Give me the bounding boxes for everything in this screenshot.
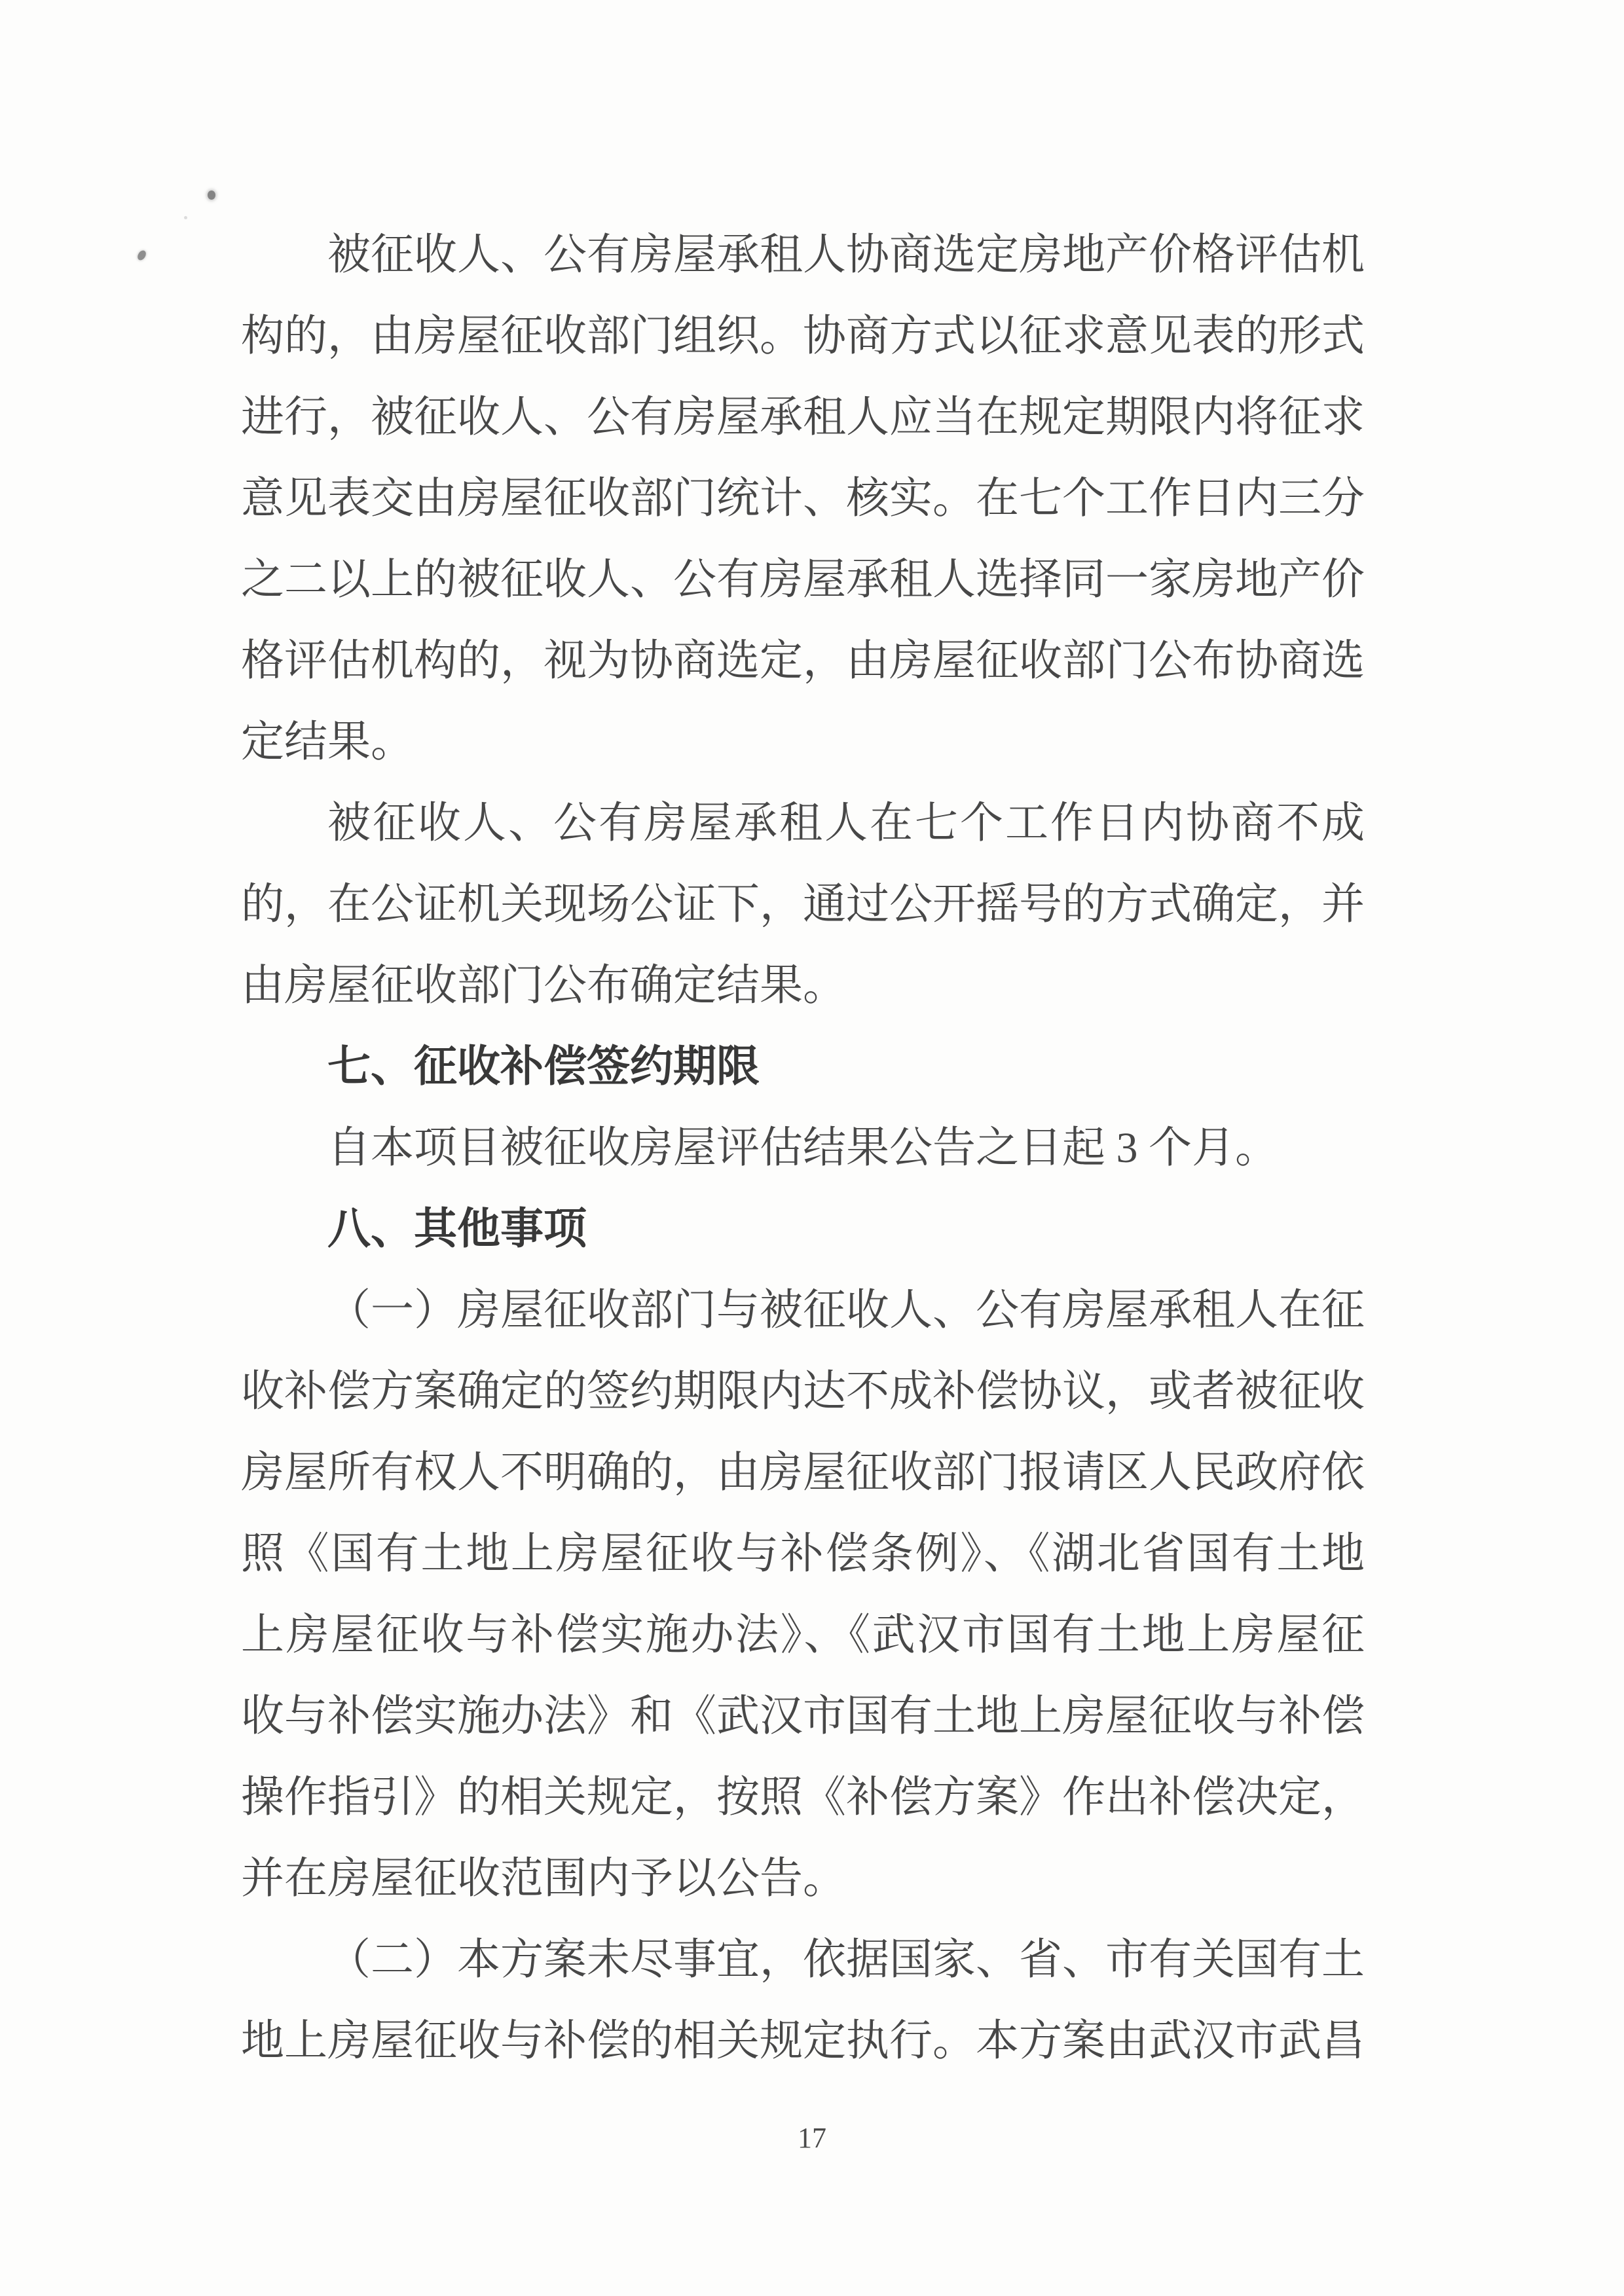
text-line: 并在房屋征收范围内予以公告。 — [241, 1838, 1365, 1920]
text-line: 照《国有土地上房屋征收与补偿条例》、《湖北省国有土地 — [241, 1514, 1365, 1595]
text-line: 格评估机构的，视为协商选定，由房屋征收部门公布协商选 — [241, 621, 1365, 702]
text-line: 进行，被征收人、公有房屋承租人应当在规定期限内将征求 — [241, 377, 1365, 458]
text-line: 之二以上的被征收人、公有房屋承租人选择同一家房地产价 — [241, 539, 1365, 621]
text-line: 意见表交由房屋征收部门统计、核实。在七个工作日内三分 — [241, 458, 1365, 539]
text-line: 房屋所有权人不明确的，由房屋征收部门报请区人民政府依 — [241, 1432, 1365, 1514]
text-line: 地上房屋征收与补偿的相关规定执行。本方案由武汉市武昌 — [241, 2001, 1365, 2082]
section-heading: 七、征收补偿签约期限 — [241, 1027, 1365, 1108]
text-line: 定结果。 — [241, 702, 1365, 783]
text-line: （二）本方案未尽事宜，依据国家、省、市有关国有土 — [241, 1920, 1365, 2001]
text-line: （一）房屋征收部门与被征收人、公有房屋承租人在征 — [241, 1270, 1365, 1351]
text-line: 收补偿方案确定的签约期限内达不成补偿协议，或者被征收 — [241, 1351, 1365, 1432]
text-line: 构的，由房屋征收部门组织。协商方式以征求意见表的形式 — [241, 296, 1365, 377]
text-line: 操作指引》的相关规定，按照《补偿方案》作出补偿决定， — [241, 1757, 1365, 1838]
text-line: 被征收人、公有房屋承租人协商选定房地产价格评估机 — [241, 215, 1365, 296]
text-line: 自本项目被征收房屋评估结果公告之日起 3 个月。 — [241, 1108, 1365, 1189]
text-line: 由房屋征收部门公布确定结果。 — [241, 945, 1365, 1027]
text-line: 的，在公证机关现场公证下，通过公开摇号的方式确定，并 — [241, 864, 1365, 945]
scan-speck — [136, 249, 148, 261]
scan-speck — [208, 191, 215, 200]
scan-speck — [184, 216, 187, 219]
text-line: 上房屋征收与补偿实施办法》、《武汉市国有土地上房屋征 — [241, 1595, 1365, 1676]
document-page: 被征收人、公有房屋承租人协商选定房地产价格评估机构的，由房屋征收部门组织。协商方… — [0, 0, 1624, 2296]
page-number: 17 — [0, 2121, 1624, 2155]
document-body: 被征收人、公有房屋承租人协商选定房地产价格评估机构的，由房屋征收部门组织。协商方… — [241, 215, 1365, 2082]
section-heading: 八、其他事项 — [241, 1189, 1365, 1270]
text-line: 收与补偿实施办法》和《武汉市国有土地上房屋征收与补偿 — [241, 1676, 1365, 1757]
text-line: 被征收人、公有房屋承租人在七个工作日内协商不成 — [241, 783, 1365, 864]
